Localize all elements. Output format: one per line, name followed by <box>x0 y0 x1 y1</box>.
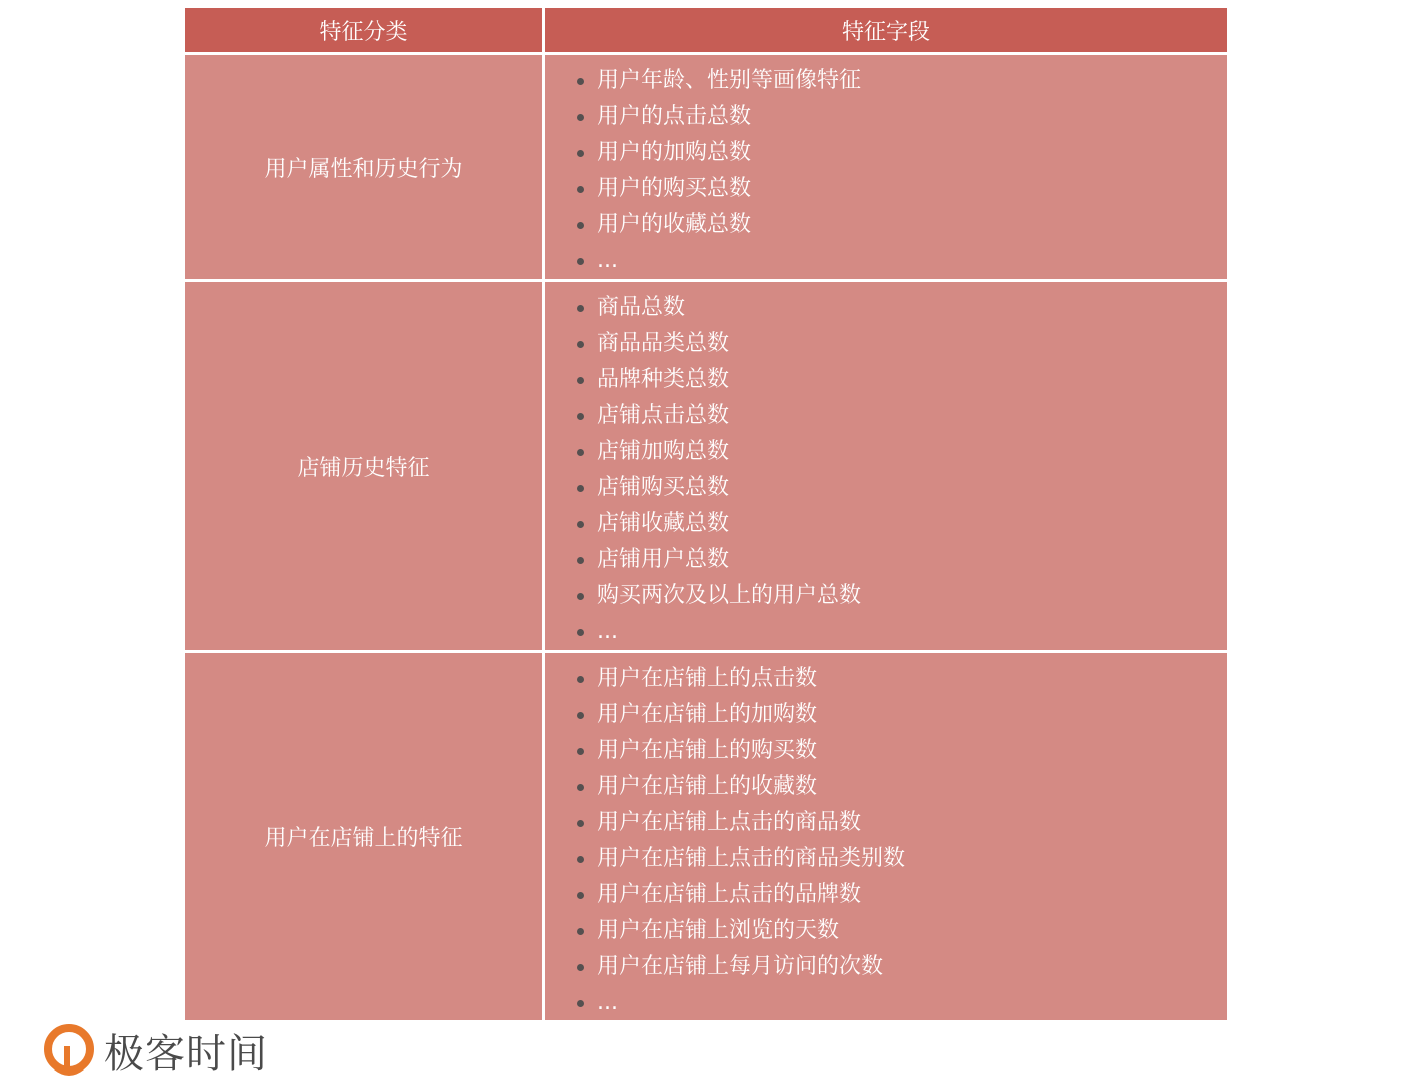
field-item: 用户在店铺上点击的品牌数 <box>575 877 1227 913</box>
category-cell: 用户属性和历史行为 <box>185 55 542 279</box>
header-fields: 特征字段 <box>545 8 1227 52</box>
table-row: 用户属性和历史行为 用户年龄、性别等画像特征 用户的点击总数 用户的加购总数 用… <box>185 55 1227 279</box>
field-item: 店铺收藏总数 <box>575 506 1227 542</box>
table-row: 店铺历史特征 商品总数 商品品类总数 品牌种类总数 店铺点击总数 店铺加购总数 … <box>185 282 1227 650</box>
geektime-logo-icon <box>44 1024 94 1078</box>
field-item: 店铺用户总数 <box>575 542 1227 578</box>
field-item: 用户在店铺上点击的商品数 <box>575 805 1227 841</box>
field-item: ... <box>575 614 1227 650</box>
field-item: 用户的收藏总数 <box>575 207 1227 243</box>
field-item: ... <box>575 985 1227 1021</box>
field-item: 商品总数 <box>575 290 1227 326</box>
field-item: 店铺点击总数 <box>575 398 1227 434</box>
category-cell: 店铺历史特征 <box>185 282 542 650</box>
field-list: 用户年龄、性别等画像特征 用户的点击总数 用户的加购总数 用户的购买总数 用户的… <box>545 55 1227 279</box>
field-list: 用户在店铺上的点击数 用户在店铺上的加购数 用户在店铺上的购买数 用户在店铺上的… <box>545 653 1227 1021</box>
table-header: 特征分类 特征字段 <box>185 8 1227 52</box>
field-item: 用户在店铺上点击的商品类别数 <box>575 841 1227 877</box>
field-item: 购买两次及以上的用户总数 <box>575 578 1227 614</box>
field-item: 用户在店铺上浏览的天数 <box>575 913 1227 949</box>
field-item: 用户的购买总数 <box>575 171 1227 207</box>
logo-text: 极客时间 <box>104 1022 268 1079</box>
field-item: 用户在店铺上的购买数 <box>575 733 1227 769</box>
field-item: 品牌种类总数 <box>575 362 1227 398</box>
field-item: 店铺购买总数 <box>575 470 1227 506</box>
field-item: 商品品类总数 <box>575 326 1227 362</box>
header-category: 特征分类 <box>185 8 542 52</box>
category-cell: 用户在店铺上的特征 <box>185 653 542 1020</box>
fields-cell: 用户在店铺上的点击数 用户在店铺上的加购数 用户在店铺上的购买数 用户在店铺上的… <box>545 653 1227 1020</box>
field-item: 用户在店铺上的点击数 <box>575 661 1227 697</box>
field-item: 用户的加购总数 <box>575 135 1227 171</box>
field-item: 用户的点击总数 <box>575 99 1227 135</box>
field-item: 用户在店铺上每月访问的次数 <box>575 949 1227 985</box>
fields-cell: 用户年龄、性别等画像特征 用户的点击总数 用户的加购总数 用户的购买总数 用户的… <box>545 55 1227 279</box>
field-item: 用户在店铺上的收藏数 <box>575 769 1227 805</box>
geektime-logo: 极客时间 <box>44 1022 268 1079</box>
fields-cell: 商品总数 商品品类总数 品牌种类总数 店铺点击总数 店铺加购总数 店铺购买总数 … <box>545 282 1227 650</box>
table-row: 用户在店铺上的特征 用户在店铺上的点击数 用户在店铺上的加购数 用户在店铺上的购… <box>185 653 1227 1020</box>
field-list: 商品总数 商品品类总数 品牌种类总数 店铺点击总数 店铺加购总数 店铺购买总数 … <box>545 282 1227 650</box>
field-item: ... <box>575 243 1227 279</box>
field-item: 用户在店铺上的加购数 <box>575 697 1227 733</box>
feature-table: 特征分类 特征字段 用户属性和历史行为 用户年龄、性别等画像特征 用户的点击总数… <box>185 8 1227 1020</box>
field-item: 店铺加购总数 <box>575 434 1227 470</box>
field-item: 用户年龄、性别等画像特征 <box>575 63 1227 99</box>
